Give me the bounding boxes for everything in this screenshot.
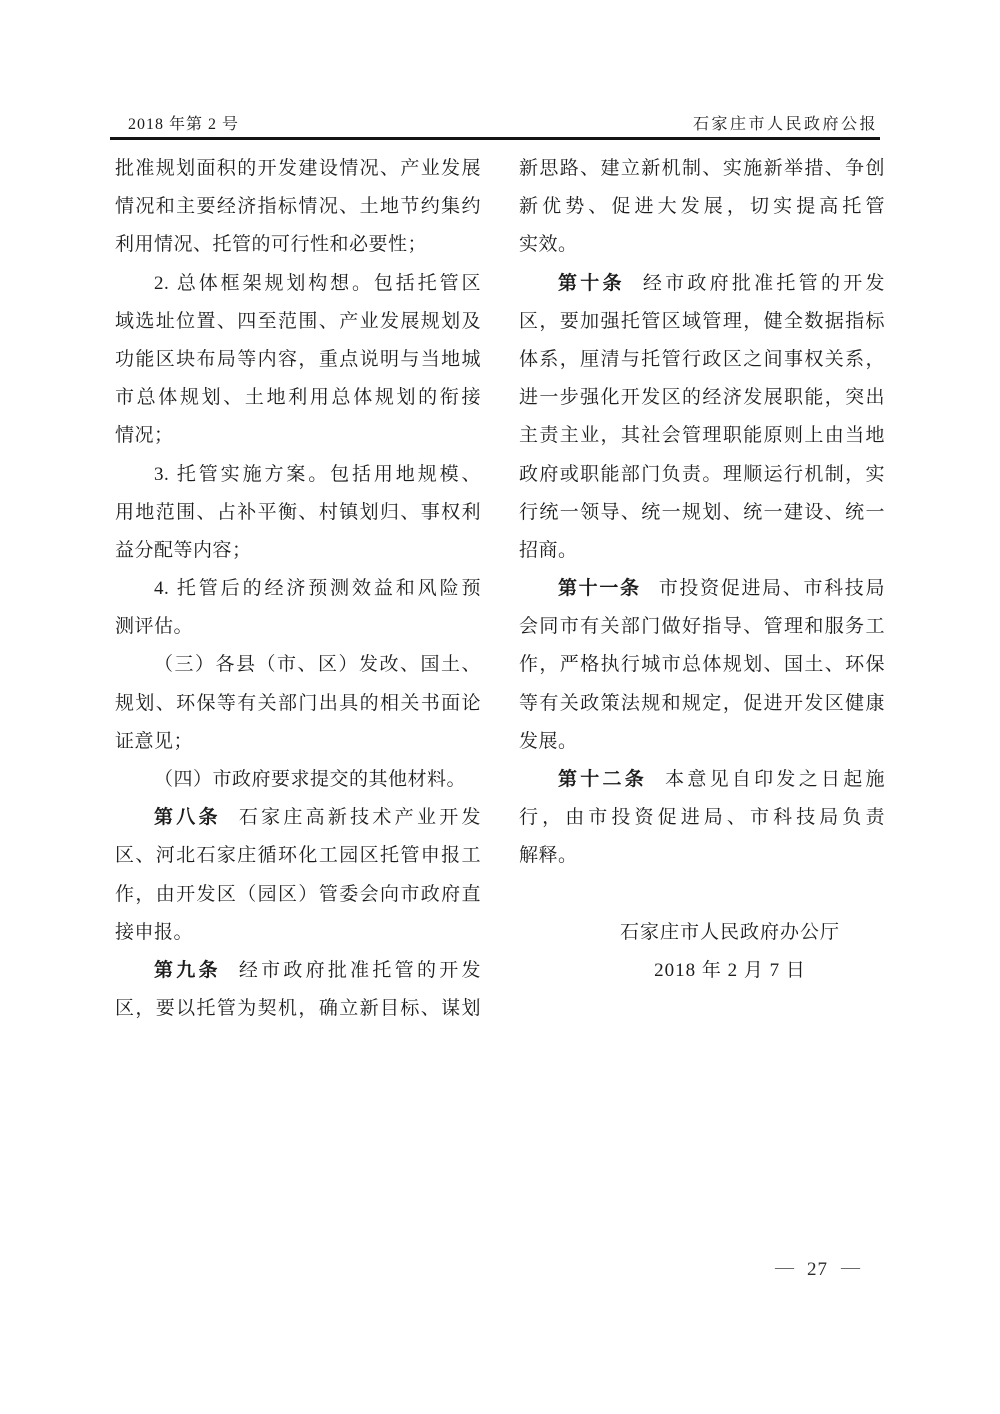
text-line: 区，要加强托管区域管理，健全数据指标 <box>519 303 885 341</box>
text-line: 作，严格执行城市总体规划、国土、环保 <box>519 646 885 684</box>
text-line: 区，要以托管为契机，确立新目标、谋划 <box>115 990 481 1028</box>
line-text: 石家庄高新技术产业开发 <box>239 807 481 828</box>
text-line: 4. 托管后的经济预测效益和风险预 <box>115 570 481 608</box>
line-text: 市投资促进局、市科技局 <box>659 578 885 599</box>
right-column: 新思路、建立新机制、实施新举措、争创新优势、促进大发展，切实提高托管实效。第十条… <box>519 150 885 990</box>
text-line: 2. 总体框架规划构想。包括托管区 <box>115 265 481 303</box>
text-line: 规划、环保等有关部门出具的相关书面论 <box>115 685 481 723</box>
line-text: 经市政府批准托管的开发 <box>643 273 885 294</box>
text-line: 利用情况、托管的可行性和必要性； <box>115 226 481 264</box>
text-line: 3. 托管实施方案。包括用地规模、 <box>115 456 481 494</box>
article-number: 第八条 <box>154 807 221 828</box>
text-line: 区、河北石家庄循环化工园区托管申报工 <box>115 837 481 875</box>
text-line: 用地范围、占补平衡、村镇划归、事权利 <box>115 494 481 532</box>
text-line: 第十条经市政府批准托管的开发 <box>519 265 885 303</box>
text-line: 招商。 <box>519 532 885 570</box>
text-line: 第九条经市政府批准托管的开发 <box>115 952 481 990</box>
gazette-page: 2018 年第 2 号 石家庄市人民政府公报 批准规划面积的开发建设情况、产业发… <box>0 0 1000 1414</box>
text-line: 行，由市投资促进局、市科技局负责 <box>519 799 885 837</box>
text-line: 第八条石家庄高新技术产业开发 <box>115 799 481 837</box>
text-line: 作，由开发区（园区）管委会向市政府直 <box>115 876 481 914</box>
text-line: 第十二条本意见自印发之日起施 <box>519 761 885 799</box>
article-number: 第九条 <box>154 960 221 981</box>
header-rule <box>110 137 880 140</box>
signature-block: 石家庄市人民政府办公厅 2018 年 2 月 7 日 <box>519 914 885 990</box>
text-line: 情况和主要经济指标情况、土地节约集约 <box>115 188 481 226</box>
signature-organization: 石家庄市人民政府办公厅 <box>575 914 885 952</box>
left-column-lines: 批准规划面积的开发建设情况、产业发展情况和主要经济指标情况、土地节约集约利用情况… <box>115 150 481 1028</box>
text-line: 解释。 <box>519 837 885 875</box>
line-text: 经市政府批准托管的开发 <box>239 960 481 981</box>
left-column: 批准规划面积的开发建设情况、产业发展情况和主要经济指标情况、土地节约集约利用情况… <box>115 150 481 1028</box>
folio-left-dash: — <box>775 1257 794 1279</box>
text-line: 市总体规划、土地利用总体规划的衔接 <box>115 379 481 417</box>
text-line: 会同市有关部门做好指导、管理和服务工 <box>519 608 885 646</box>
text-line: 主责主业，其社会管理职能原则上由当地 <box>519 417 885 455</box>
text-line: 行统一领导、统一规划、统一建设、统一 <box>519 494 885 532</box>
right-column-lines: 新思路、建立新机制、实施新举措、争创新优势、促进大发展，切实提高托管实效。第十条… <box>519 150 885 876</box>
text-line: 批准规划面积的开发建设情况、产业发展 <box>115 150 481 188</box>
line-text: 本意见自印发之日起施 <box>665 769 885 790</box>
header-publication-title: 石家庄市人民政府公报 <box>693 111 878 134</box>
text-line: 新思路、建立新机制、实施新举措、争创 <box>519 150 885 188</box>
text-line: 体系，厘清与托管行政区之间事权关系， <box>519 341 885 379</box>
folio-right-dash: — <box>841 1257 860 1279</box>
article-number: 第十一条 <box>558 578 641 599</box>
text-line: 政府或职能部门负责。理顺运行机制，实 <box>519 456 885 494</box>
text-line: 功能区块布局等内容，重点说明与当地城 <box>115 341 481 379</box>
page-folio: — 27 — <box>775 1259 860 1281</box>
text-line: 等有关政策法规和规定，促进开发区健康 <box>519 685 885 723</box>
text-line: 益分配等内容； <box>115 532 481 570</box>
header-issue-number: 2018 年第 2 号 <box>128 111 239 134</box>
text-line: 进一步强化开发区的经济发展职能，突出 <box>519 379 885 417</box>
page-number: 27 <box>807 1259 828 1281</box>
text-line: 情况； <box>115 417 481 455</box>
text-line: （三）各县（市、区）发改、国土、 <box>115 646 481 684</box>
article-number: 第十条 <box>558 273 625 294</box>
text-line: 发展。 <box>519 723 885 761</box>
article-number: 第十二条 <box>558 769 647 790</box>
text-line: 测评估。 <box>115 608 481 646</box>
text-line: 域选址位置、四至范围、产业发展规划及 <box>115 303 481 341</box>
text-line: 接申报。 <box>115 914 481 952</box>
text-line: 第十一条市投资促进局、市科技局 <box>519 570 885 608</box>
text-line: 新优势、促进大发展，切实提高托管 <box>519 188 885 226</box>
signature-date: 2018 年 2 月 7 日 <box>575 952 885 990</box>
text-line: （四）市政府要求提交的其他材料。 <box>115 761 481 799</box>
text-line: 实效。 <box>519 226 885 264</box>
text-line: 证意见； <box>115 723 481 761</box>
